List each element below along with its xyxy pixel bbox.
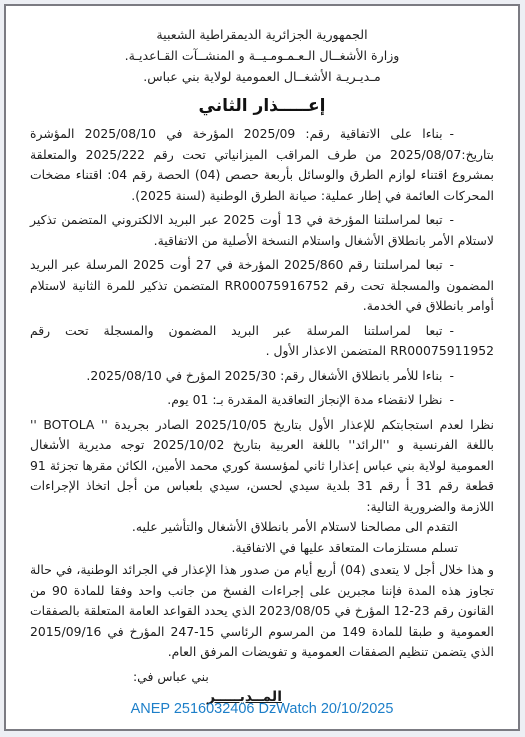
- header-ministry-line: وزارة الأشغــال الـعـمـومـيــة و المنشــ…: [30, 45, 494, 66]
- body-paragraph-notice: نظرا لعدم استجابتكم للإعذار الأول بتاريخ…: [30, 415, 494, 518]
- bullet-item-agreement: -بناءا على الاتفاقية رقم: 2025/09 المؤرخ…: [30, 124, 494, 206]
- notice-title: إعـــــذار الثاني: [30, 96, 494, 116]
- body-paragraph-legal: و هذا خلال أجل لا يتعدى (04) أربع أيام م…: [30, 560, 494, 663]
- notice-document-page: الجمهورية الجزائرية الديمقراطية الشعبية …: [4, 4, 520, 731]
- bullet-item-work-order: -بناءا للأمر بانطلاق الأشغال رقم: 2025/3…: [30, 366, 494, 387]
- bullet-item-registered-mail: -تبعا لمراسلتنا رقم 2025/860 المؤرخة في …: [30, 255, 494, 317]
- bullet-item-deadline-expiry: -نظرا لانقضاء مدة الإنجاز التعاقدية المق…: [30, 390, 494, 411]
- bullet-dash: -: [450, 210, 474, 231]
- bullet-item-email-reminder: -تبعا لمراسلتنا المؤرخة في 13 أوت 2025 ع…: [30, 210, 494, 251]
- action-line-collect-order: التقدم الى مصالحنا لاستلام الأمر بانطلاق…: [30, 517, 494, 538]
- signature-block: بني عباس في: المــديـــــر: [30, 667, 494, 729]
- bullet-dash: -: [450, 124, 474, 145]
- document-header: الجمهورية الجزائرية الديمقراطية الشعبية …: [30, 24, 494, 87]
- bullet-dash: -: [450, 321, 474, 342]
- bullet-dash: -: [450, 390, 474, 411]
- bullet-dash: -: [450, 366, 474, 387]
- action-line-deliver-supplies: تسلم مستلزمات المتعاقد عليها في الاتفاقي…: [30, 538, 494, 559]
- bullet-dash: -: [450, 255, 474, 276]
- header-republic-line: الجمهورية الجزائرية الديمقراطية الشعبية: [30, 24, 494, 45]
- anep-footer: ANEP 2516032406 DzWatch 20/10/2025: [6, 701, 518, 717]
- preamble-bullet-list: -بناءا على الاتفاقية رقم: 2025/09 المؤرخ…: [30, 124, 494, 411]
- header-directorate-line: مـديـريـة الأشغــال العمومية لولاية بني …: [30, 66, 494, 87]
- place-date-label: بني عباس في:: [133, 669, 209, 684]
- bullet-item-first-notice-mail: -تبعا لمراسلتنا المرسلة عبر البريد المضم…: [30, 321, 494, 362]
